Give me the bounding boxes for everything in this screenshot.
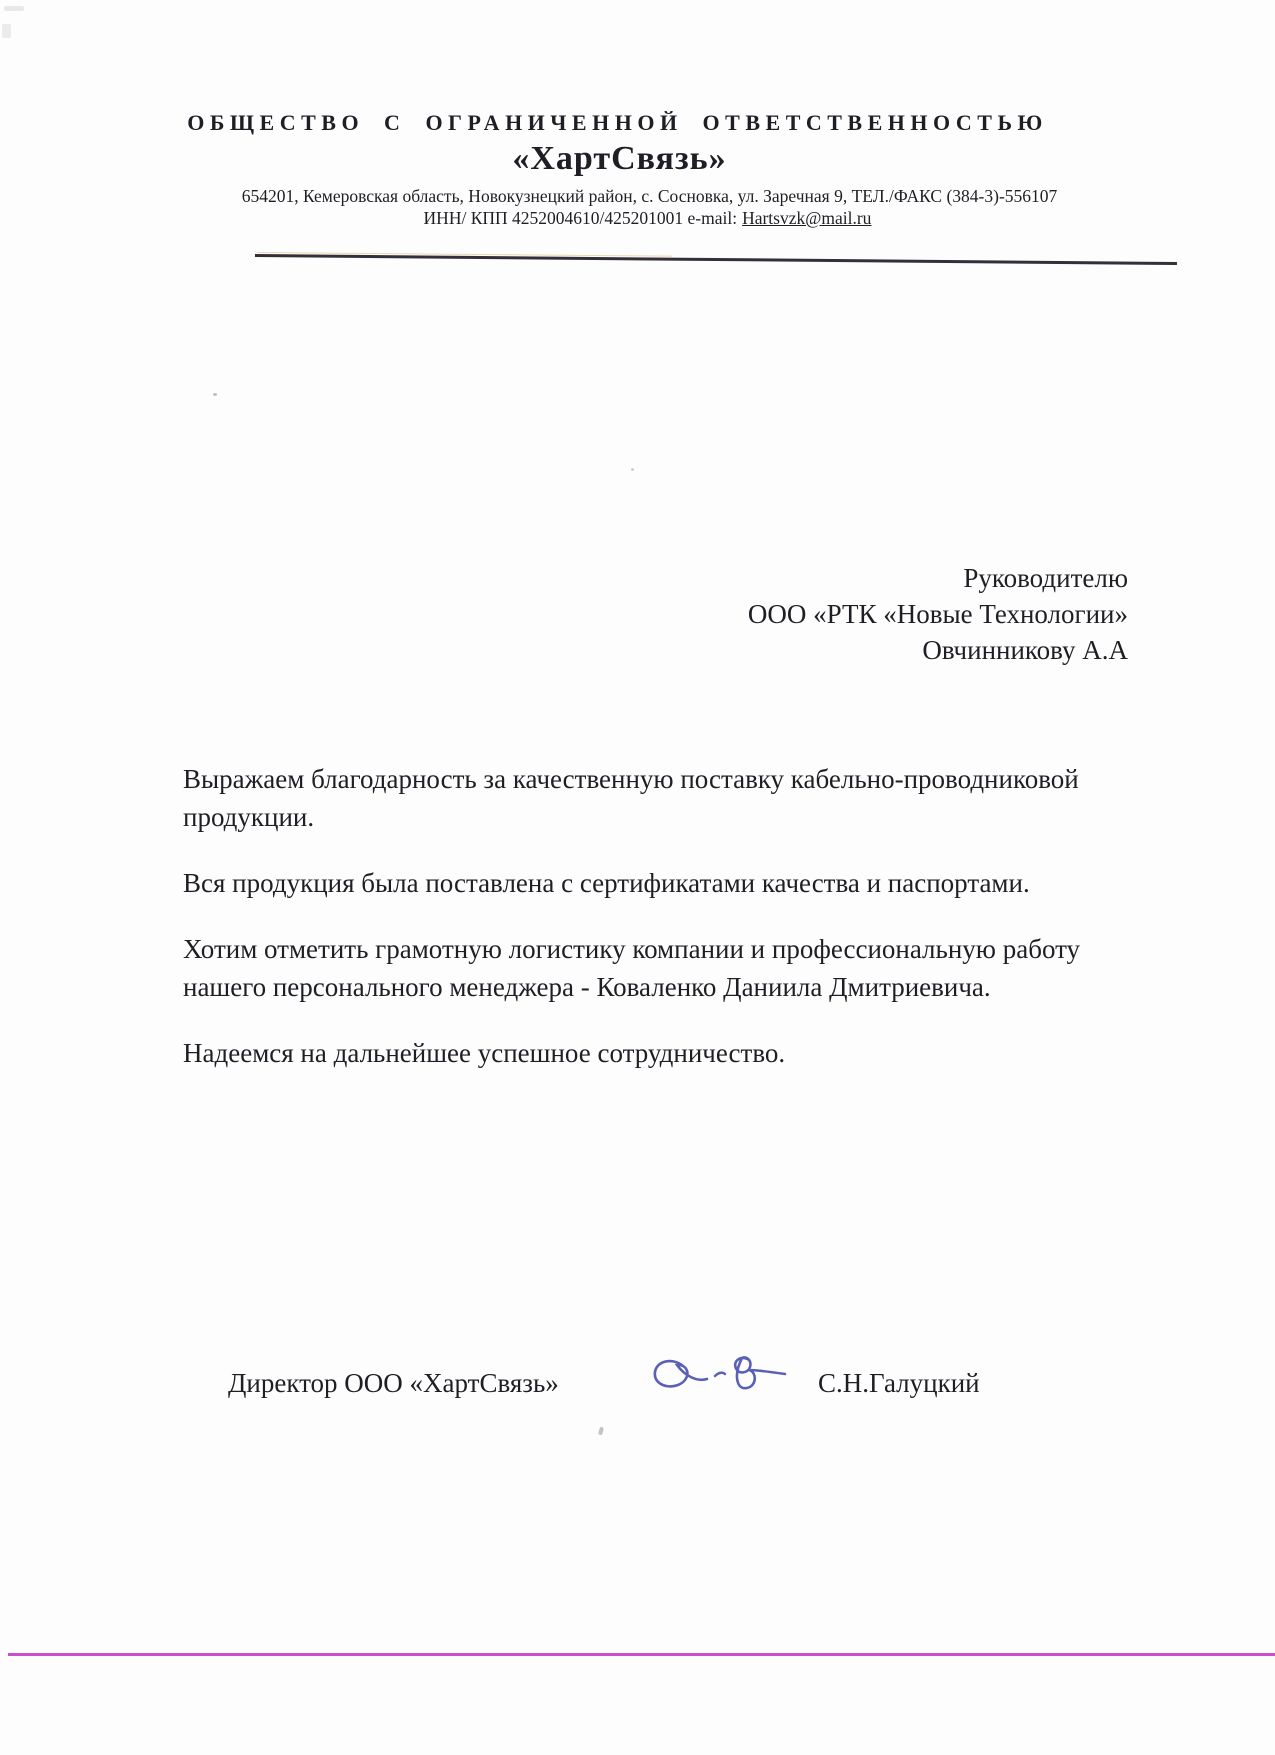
scan-speck [213,393,217,396]
paragraph-line: Надеемся на дальнейшее успешное сотрудни… [183,1034,1093,1072]
scan-smudge [4,6,24,11]
org-type-line: ОБЩЕСТВО С ОГРАНИЧЕННОЙ ОТВЕТСТВЕННОСТЬЮ [0,110,1255,136]
signature-row: Директор ООО «ХартСвязь» С.Н.Галуцкий [0,1360,1275,1450]
handwritten-signature [645,1344,805,1408]
paragraph-line: продукции. [183,798,1093,836]
scan-speck [631,468,634,471]
recipient-company: ООО «РТК «Новые Технологии» [748,596,1128,632]
signatory-name: С.Н.Галуцкий [818,1368,980,1399]
letterhead: ОБЩЕСТВО С ОГРАНИЧЕННОЙ ОТВЕТСТВЕННОСТЬЮ… [0,110,1275,229]
recipient-person: Овчинникову А.А [748,632,1128,668]
signatory-title: Директор ООО «ХартСвязь» [228,1368,559,1399]
paragraph-line: Хотим отметить грамотную логистику компа… [183,930,1093,968]
email-link[interactable]: Hartsvzk@mail.ru [742,208,871,228]
inn-kpp-label: ИНН/ КПП 4252004610/425201001 e-mail: [424,208,738,228]
letter-body: Выражаем благодарность за качественную п… [183,760,1093,1100]
scan-smudge [2,24,11,38]
paragraph-line: нашего персонального менеджера - Ковален… [183,968,1093,1006]
recipient-block: Руководителю ООО «РТК «Новые Технологии»… [748,560,1128,668]
org-name: «ХартСвязь» [0,140,1257,178]
scanned-letter-page: ОБЩЕСТВО С ОГРАНИЧЕННОЙ ОТВЕТСТВЕННОСТЬЮ… [0,0,1275,1755]
paragraph-line: Вся продукция была поставлена с сертифик… [183,864,1093,902]
scanner-artifact-magenta-line [8,1653,1275,1656]
paragraph-line: Выражаем благодарность за качественную п… [183,760,1093,798]
recipient-role: Руководителю [748,560,1128,596]
letterhead-divider [255,254,1177,265]
address-line: 654201, Кемеровская область, Новокузнецк… [12,186,1275,207]
paragraph: Хотим отметить грамотную логистику компа… [183,930,1093,1006]
inn-email-line: ИНН/ КПП 4252004610/425201001 e-mail:Har… [10,208,1275,229]
paragraph: Выражаем благодарность за качественную п… [183,760,1093,836]
paragraph: Надеемся на дальнейшее успешное сотрудни… [183,1034,1093,1072]
paragraph: Вся продукция была поставлена с сертифик… [183,864,1093,902]
